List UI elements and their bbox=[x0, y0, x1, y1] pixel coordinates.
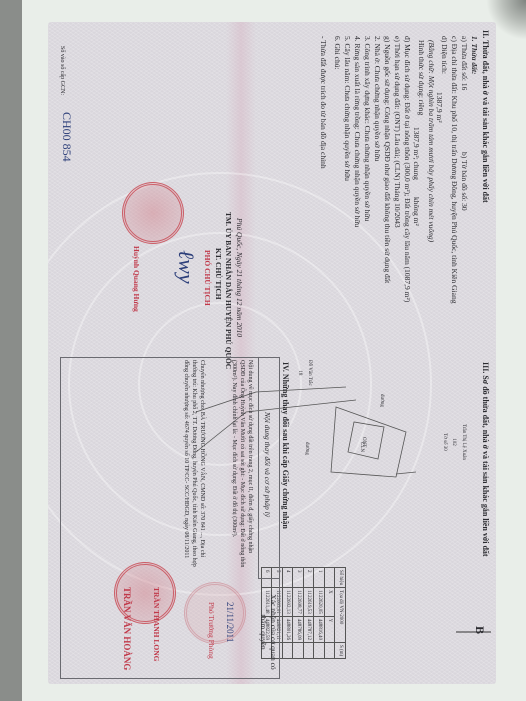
north-arrow-label: B bbox=[475, 626, 485, 634]
col-change-header: Nội dung thay đổi và cơ sở pháp lý bbox=[263, 412, 273, 517]
confirm2-name: TRẦN VĂN HOÀNG bbox=[122, 587, 132, 670]
confirm1-title: Phó Trưởng Phòng bbox=[207, 602, 217, 659]
photo-background-edge bbox=[0, 0, 22, 701]
section4-title: IV. Những thay đổi sau khi cấp Giấy chứn… bbox=[281, 362, 291, 529]
rotated-content: II. Thửa đất, nhà ở và tài sản khác gắn … bbox=[48, 22, 496, 684]
lot-ont: ONT bbox=[359, 437, 369, 447]
col-confirm-header: Xác nhận của cơ quan có thẩm quyền bbox=[259, 592, 278, 672]
confirm1-name: TRẦN THANH LONG bbox=[152, 587, 162, 661]
road-label-1: đường bbox=[377, 394, 387, 407]
confirm1-date: 21/11/2011 bbox=[225, 602, 235, 642]
land-certificate-page: II. Thửa đất, nhà ở và tài sản khác gắn … bbox=[48, 22, 496, 684]
change-entry-2: Chuyển nhượng cho: BÀ TRƯƠNG HỒNG VÂN, C… bbox=[182, 360, 206, 570]
road-label-2: đường bbox=[302, 442, 312, 455]
change-entry-1: Nội dung về mục đích sử dụng đất trên tr… bbox=[230, 360, 254, 570]
